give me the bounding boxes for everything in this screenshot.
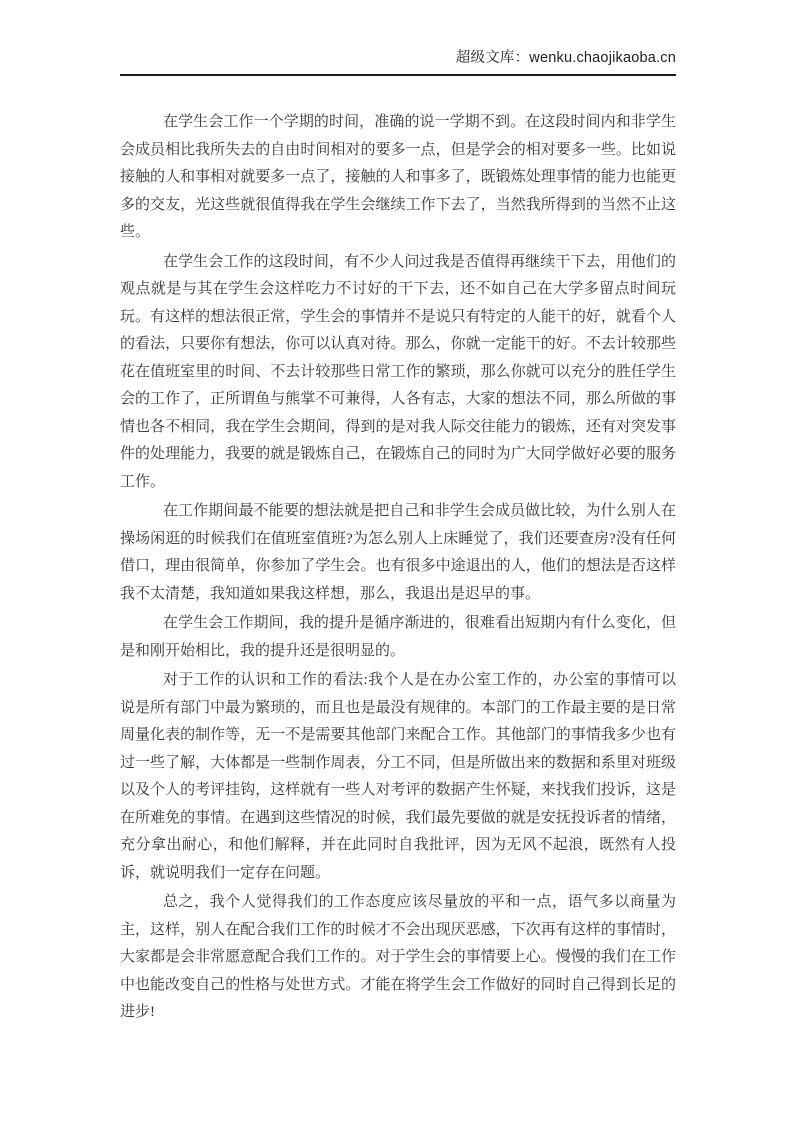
site-watermark-label: 超级文库：wenku.chaojikaoba.cn bbox=[456, 50, 676, 66]
paragraph: 在学生会工作期间，我的提升是循序渐进的，很难看出短期内有什么变化，但是和刚开始相… bbox=[120, 610, 676, 665]
paragraph: 在学生会工作一个学期的时间，准确的说一学期不到。在这段时间内和非学生会成员相比我… bbox=[120, 109, 676, 247]
paragraph: 总之，我个人觉得我们的工作态度应该尽量放的平和一点，语气多以商量为主，这样，别人… bbox=[120, 889, 676, 1027]
document-body: 在学生会工作一个学期的时间，准确的说一学期不到。在这段时间内和非学生会成员相比我… bbox=[120, 76, 676, 1027]
content-column: 超级文库：wenku.chaojikaoba.cn 在学生会工作一个学期的时间，… bbox=[120, 0, 676, 1029]
paragraph: 对于工作的认识和工作的看法:我个人是在办公室工作的，办公室的事情可以说是所有部门… bbox=[120, 667, 676, 887]
paragraph: 在工作期间最不能要的想法就是把自己和非学生会成员做比较，为什么别人在操场闲逛的时… bbox=[120, 498, 676, 608]
paragraph: 在学生会工作的这段时间，有不少人问过我是否值得再继续干下去，用他们的观点就是与其… bbox=[120, 249, 676, 497]
document-page: 超级文库：wenku.chaojikaoba.cn 在学生会工作一个学期的时间，… bbox=[0, 0, 793, 1122]
page-header: 超级文库：wenku.chaojikaoba.cn bbox=[120, 0, 676, 76]
